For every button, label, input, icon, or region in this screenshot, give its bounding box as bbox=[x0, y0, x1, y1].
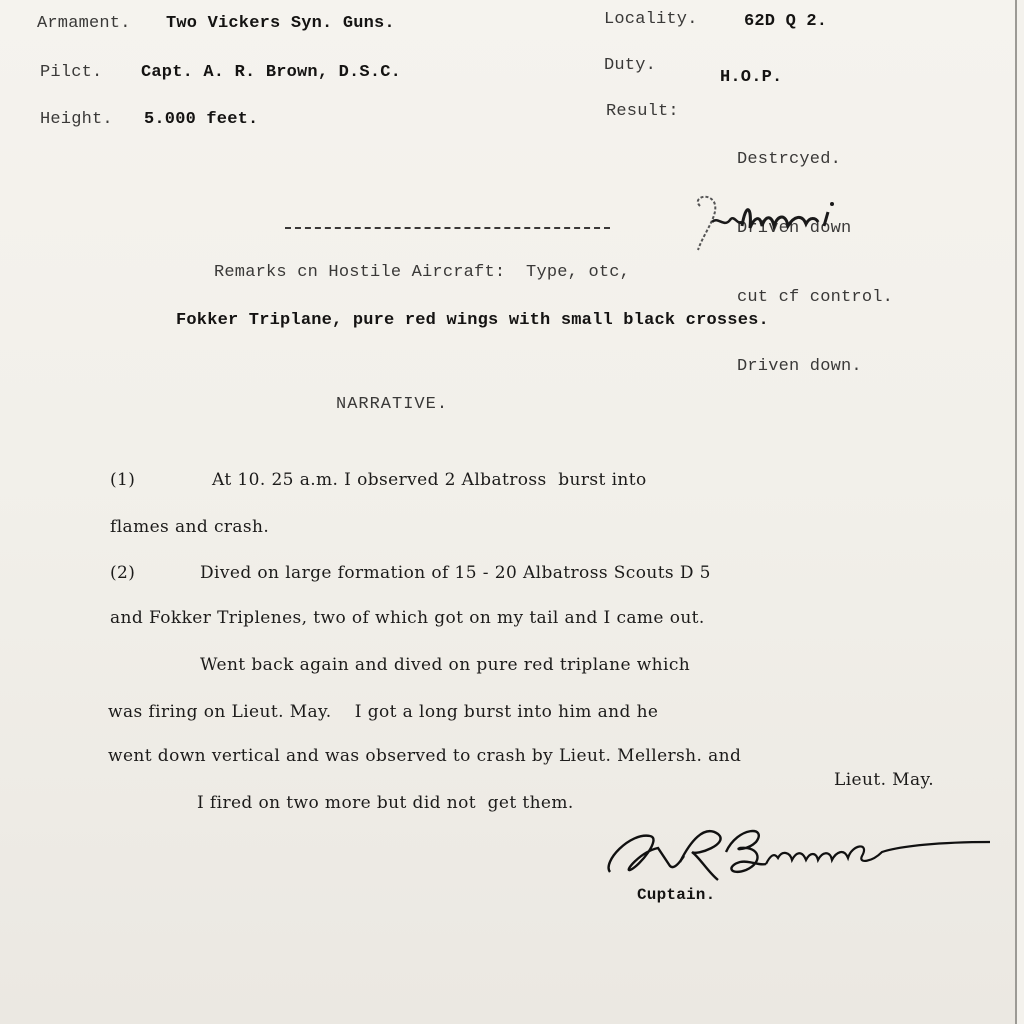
narrative-heading: NARRATIVE. bbox=[336, 395, 448, 414]
narrative-line: At 10. 25 a.m. I observed 2 Albatross bu… bbox=[212, 470, 647, 490]
remarks-text: Fokker Triplane, pure red wings with sma… bbox=[176, 311, 769, 330]
result-line: Destrcyed. bbox=[737, 148, 893, 171]
result-line: cut cf control. bbox=[737, 286, 893, 309]
duty-label: Duty. bbox=[604, 56, 656, 75]
narrative-line: was firing on Lieut. May. I got a long b… bbox=[108, 702, 658, 722]
handwritten-initials bbox=[690, 192, 850, 262]
narrative-line: and Fokker Triplenes, two of which got o… bbox=[110, 608, 705, 628]
height-value: 5.000 feet. bbox=[144, 110, 258, 129]
armament-value: Two Vickers Syn. Guns. bbox=[166, 14, 395, 33]
narrative-marker: (1) bbox=[110, 470, 135, 490]
narrative-line: went down vertical and was observed to c… bbox=[108, 746, 741, 766]
narrative-line: flames and crash. bbox=[110, 517, 269, 537]
remarks-heading: Remarks cn Hostile Aircraft: Type, otc, bbox=[214, 263, 630, 282]
narrative-line: Lieut. May. bbox=[834, 770, 934, 790]
narrative-marker: (2) bbox=[110, 563, 135, 583]
locality-value: 62D Q 2. bbox=[744, 12, 827, 31]
narrative-line: I fired on two more but did not get them… bbox=[197, 793, 574, 813]
result-label: Result: bbox=[606, 102, 679, 121]
result-values: Destrcyed. Driven down cut cf control. D… bbox=[737, 102, 893, 424]
signature-title: Cuptain. bbox=[637, 886, 715, 904]
signature-ar-brown bbox=[600, 822, 1000, 892]
result-line: Driven down. bbox=[737, 355, 893, 378]
pilot-label: Pilct. bbox=[40, 63, 102, 82]
narrative-line: Went back again and dived on pure red tr… bbox=[200, 655, 690, 675]
height-label: Height. bbox=[40, 110, 113, 129]
page-edge bbox=[1017, 0, 1024, 1024]
armament-label: Armament. bbox=[37, 14, 131, 33]
locality-label: Locality. bbox=[604, 10, 698, 29]
document-page: Armament. Two Vickers Syn. Guns. Pilct. … bbox=[0, 0, 1017, 1024]
pilot-value: Capt. A. R. Brown, D.S.C. bbox=[141, 63, 401, 82]
duty-value: H.O.P. bbox=[720, 68, 782, 87]
narrative-line: Dived on large formation of 15 - 20 Alba… bbox=[200, 563, 711, 583]
dashed-divider bbox=[285, 227, 610, 229]
